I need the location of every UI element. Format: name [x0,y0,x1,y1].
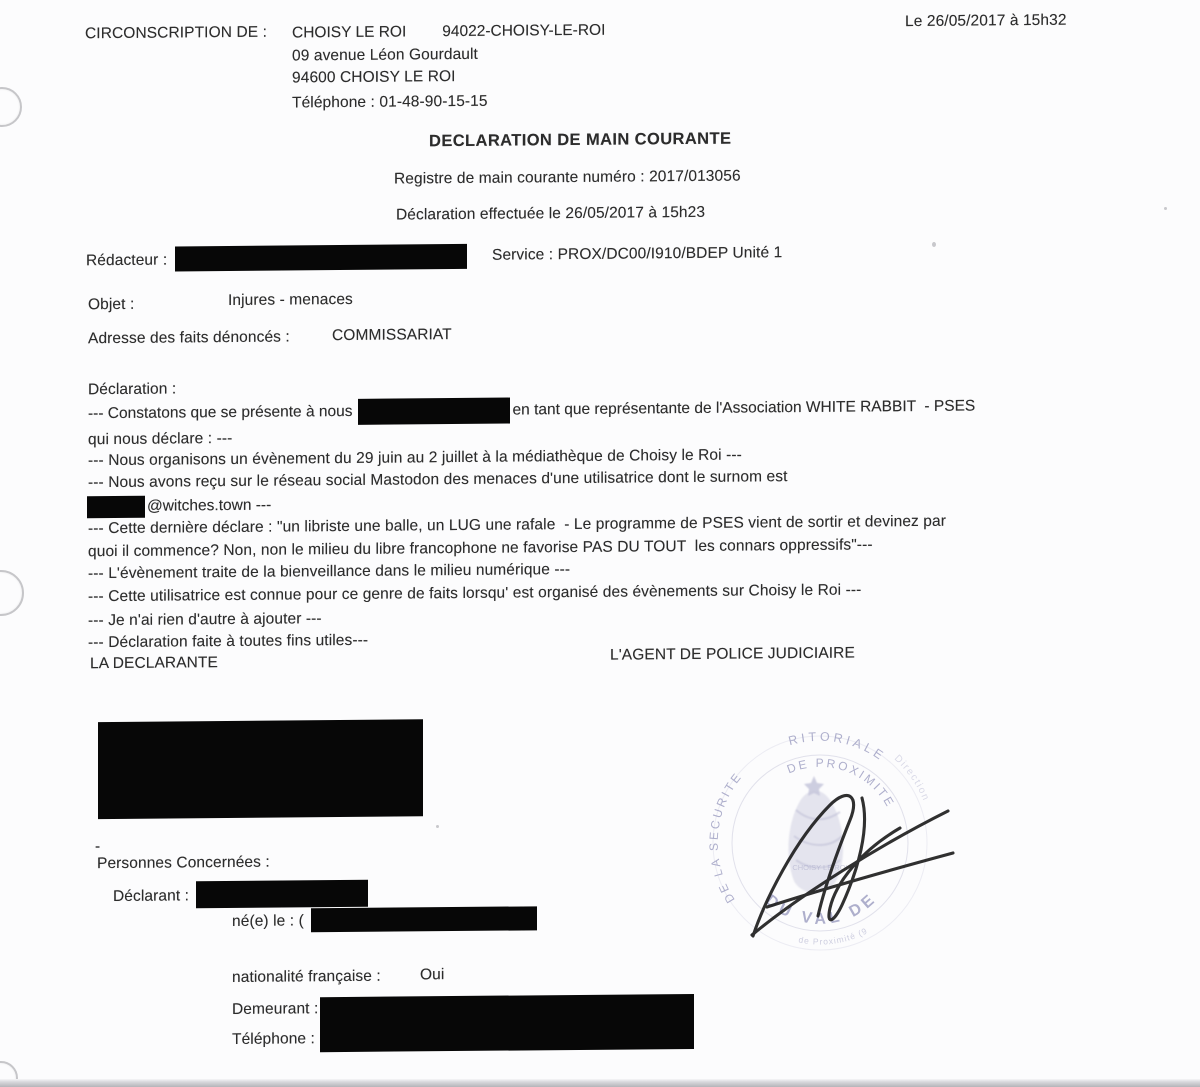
nationality-value: Oui [420,966,444,984]
scan-timestamp: Le 26/05/2017 à 15h32 [905,12,1067,31]
redaction-birth-date [311,906,537,932]
phone-label: Téléphone : [232,1030,315,1049]
circonscription-code: 94022-CHOISY-LE-ROI [442,22,605,41]
declaration-line-2: qui nous déclare : --- [88,430,232,449]
adresse-faits-label: Adresse des faits dénoncés : [88,328,290,348]
scan-speck [1164,207,1167,210]
scanned-document-page: CIRCONSCRIPTION DE : CHOISY LE ROI 94022… [0,0,1200,1087]
declaration-line-3: --- Nous organisons un évènement du 29 j… [88,447,742,471]
declaration-line-11: --- Déclaration faite à toutes fins util… [88,632,368,652]
stamp-ring-bottom-small-text: de Proximité (9 [798,925,870,946]
redaction-declarante-name [358,398,510,425]
redacteur-label: Rédacteur : [86,252,167,271]
caption-declarante: LA DECLARANTE [90,654,218,673]
svg-text:de Proximité (9: de Proximité (9 [798,925,870,946]
line5-text-after: @witches.town --- [147,497,271,516]
svg-text:Direction: Direction [892,753,932,803]
registry-line: Registre de main courante numéro : 2017/… [394,168,741,189]
redaction-declarant-identity [196,880,368,909]
stamp-ring-left-text: DE LA SECURITE [707,769,745,905]
header-city-line: 94600 CHOISY LE ROI [292,68,456,87]
circonscription-label: CIRCONSCRIPTION DE : [85,24,267,44]
document-title: DECLARATION DE MAIN COURANTE [429,130,731,152]
document-text-layer: CIRCONSCRIPTION DE : CHOISY LE ROI 94022… [0,0,1200,1087]
declaration-line-8: --- L'évènement traite de la bienveillan… [88,561,570,583]
declaration-line-5: @witches.town --- [87,495,271,519]
stamp-and-signature-area: DE LA SECURITE RITORIALE DE PROXIMITE Di… [690,718,990,976]
service-line: Service : PROX/DC00/I910/BDEP Unité 1 [492,244,782,265]
redaction-redacteur-name [175,244,467,272]
declaration-line-1: --- Constatons que se présente à nous en… [88,393,975,427]
circonscription-value-row: CHOISY LE ROI 94022-CHOISY-LE-ROI [292,22,605,43]
stamp-center-text: CHOISY LE ROI [792,863,847,872]
police-stamp-graphic: DE LA SECURITE RITORIALE DE PROXIMITE Di… [690,718,990,976]
birth-label: né(e) le : ( [232,912,304,931]
declaration-line-9: --- Cette utilisatrice est connue pour c… [88,581,861,606]
declaration-line-7: quoi il commence? Non, non le milieu du … [88,536,873,561]
svg-text:DE LA SECURITE: DE LA SECURITE [707,769,745,905]
redaction-username [87,496,145,519]
adresse-faits-value: COMMISSARIAT [332,326,452,345]
residence-label: Demeurant : [232,1000,318,1019]
dash-mark: - [95,838,100,856]
header-address-line: 09 avenue Léon Gourdault [292,46,478,66]
objet-value: Injures - menaces [228,291,353,310]
line1-text-after: en tant que représentante de l'Associati… [513,397,976,419]
line1-text-before: --- Constatons que se présente à nous [88,403,353,423]
declaration-line-4: --- Nous avons reçu sur le réseau social… [88,468,788,492]
persons-heading: Personnes Concernées : [97,854,270,874]
redaction-residence-phone [320,994,694,1052]
nationality-label: nationalité française : [232,968,381,987]
stamp-ring-right-text: Direction [892,753,932,803]
circonscription-name: CHOISY LE ROI [292,23,406,42]
scan-bottom-edge [0,1079,1200,1087]
effective-line: Déclaration effectuée le 26/05/2017 à 15… [396,204,705,225]
redaction-declarante-signature [98,719,423,819]
caption-agent: L'AGENT DE POLICE JUDICIAIRE [610,645,855,665]
header-phone-line: Téléphone : 01-48-90-15-15 [292,93,488,113]
declarant-label: Déclarant : [113,887,189,906]
declaration-line-10: --- Je n'ai rien d'autre à ajouter --- [88,610,322,630]
declaration-label: Déclaration : [88,380,176,399]
scan-speck [932,242,936,247]
objet-label: Objet : [88,296,134,314]
scan-speck [436,825,439,828]
